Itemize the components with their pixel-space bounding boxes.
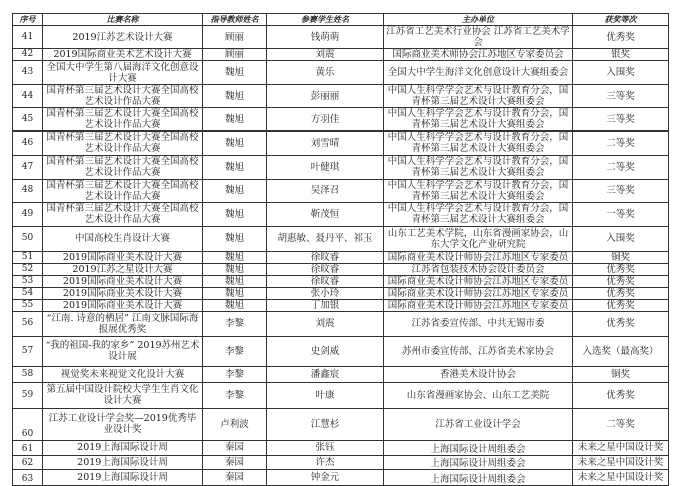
table-row: 58 视觉奖未来视觉文化设计大赛 李黎 潘鑫宸 香港美术设计协会 铜奖 — [13, 366, 669, 382]
cell-award: 未来之星中国设计奖 — [573, 455, 669, 469]
header-teacher: 指导教师姓名 — [203, 14, 267, 26]
table-row: 56 “江南. 诗意的栖居” 江南文脉国际海报展优秀奖 李黎 刘震 江苏省委宣传… — [13, 311, 669, 336]
cell-competition: 2019国际商业美术设计大赛 — [43, 299, 203, 311]
table-row: 54 2019国际商业美术设计大赛 魏旭 张小玲 国际商业美术设计师协会江苏地区… — [13, 287, 669, 299]
cell-teacher: 魏旭 — [203, 263, 267, 275]
cell-teacher: 魏旭 — [203, 85, 267, 108]
cell-organizer: 中国人生科学学会艺术与设计教育分会，国青杯第三届艺术设计大赛组委会 — [384, 202, 573, 226]
cell-students: 徐旼睿 — [267, 275, 384, 287]
cell-students: 吴泽召 — [267, 179, 384, 202]
cell-students: 刘震 — [267, 311, 384, 336]
cell-no: 57 — [13, 336, 43, 366]
awards-table: 序号 比赛名称 指导教师姓名 参赛学生姓名 主办单位 获奖等次 41 2019江… — [12, 13, 669, 486]
cell-no: 58 — [13, 366, 43, 382]
cell-teacher: 李黎 — [203, 336, 267, 366]
cell-organizer: 苏州市委宣传部、江苏省美术家协会 — [384, 336, 573, 366]
cell-competition: 国青杯第三届艺术设计大赛全国高校艺术设计作品大赛 — [43, 85, 203, 108]
cell-students: 叶康 — [267, 382, 384, 408]
cell-students: 史剑威 — [267, 336, 384, 366]
cell-students: 张小玲 — [267, 287, 384, 299]
table-row: 48 国青杯第三届艺术设计大赛全国高校艺术设计作品大赛 魏旭 吴泽召 中国人生科… — [13, 179, 669, 202]
table-row: 63 2019上海国际设计周 秦园 钟金元 上海国际设计周组委会 未来之星中国设… — [13, 469, 669, 485]
table-row: 51 2019国际商业美术设计大赛 魏旭 徐旼睿 国际商业美术设计师协会江苏地区… — [13, 251, 669, 263]
cell-award: 一等奖 — [573, 202, 669, 226]
cell-teacher: 魏旭 — [203, 61, 267, 85]
table-body: 41 2019江苏艺术设计大赛 顾丽 钱萌萌 江苏省工艺美术行业协会 江苏省工艺… — [13, 26, 669, 486]
cell-no: 59 — [13, 382, 43, 408]
cell-no: 62 — [13, 455, 43, 469]
cell-organizer: 国际商业美术设计师协会江苏地区专家委员 — [384, 299, 573, 311]
cell-teacher: 顾丽 — [203, 26, 267, 49]
cell-award: 优秀奖 — [573, 263, 669, 275]
cell-award: 未来之星中国设计奖 — [573, 469, 669, 485]
cell-award: 优秀奖 — [573, 311, 669, 336]
header-award: 获奖等次 — [573, 14, 669, 26]
cell-award: 三等奖 — [573, 85, 669, 108]
cell-award: 入围奖 — [573, 61, 669, 85]
cell-teacher: 魏旭 — [203, 226, 267, 251]
header-students: 参赛学生姓名 — [267, 14, 384, 26]
cell-students: 张钰 — [267, 440, 384, 455]
cell-students: 方羽佳 — [267, 108, 384, 132]
cell-teacher: 魏旭 — [203, 108, 267, 132]
table-row: 61 2019上海国际设计周 秦园 张钰 上海国际设计周组委会 未来之星中国设计… — [13, 440, 669, 455]
table-row: 49 国青杯第三届艺术设计大赛全国高校艺术设计作品大赛 魏旭 靳茂恒 中国人生科… — [13, 202, 669, 226]
cell-award: 铜奖 — [573, 251, 669, 263]
header-no: 序号 — [13, 14, 43, 26]
cell-no: 55 — [13, 299, 43, 311]
cell-no: 47 — [13, 155, 43, 179]
cell-students: 胡惠敏、聂丹平、祁玉 — [267, 226, 384, 251]
cell-no: 46 — [13, 131, 43, 155]
cell-no: 52 — [13, 263, 43, 275]
cell-award: 优秀奖 — [573, 287, 669, 299]
cell-competition: 2019国际商业美术设计大赛 — [43, 251, 203, 263]
cell-no: 44 — [13, 85, 43, 108]
table-row: 44 国青杯第三届艺术设计大赛全国高校艺术设计作品大赛 魏旭 彭丽丽 中国人生科… — [13, 85, 669, 108]
header-competition: 比赛名称 — [43, 14, 203, 26]
cell-competition: 视觉奖未来视觉文化设计大赛 — [43, 366, 203, 382]
cell-competition: 2019江苏艺术设计大赛 — [43, 26, 203, 49]
cell-students: 江慧杉 — [267, 408, 384, 440]
cell-students: 刘震 — [267, 49, 384, 61]
cell-award: 优秀奖 — [573, 26, 669, 49]
cell-award: 三等奖 — [573, 108, 669, 132]
cell-award: 未来之星中国设计奖 — [573, 440, 669, 455]
cell-award: 银奖 — [573, 49, 669, 61]
cell-organizer: 上海国际设计周组委会 — [384, 469, 573, 485]
table-header-row: 序号 比赛名称 指导教师姓名 参赛学生姓名 主办单位 获奖等次 — [13, 14, 669, 26]
cell-organizer: 国际商业美术师协会江苏地区专家委员会 — [384, 49, 573, 61]
cell-competition: 2019上海国际设计周 — [43, 455, 203, 469]
cell-no: 56 — [13, 311, 43, 336]
cell-no: 61 — [13, 440, 43, 455]
cell-competition: 2019上海国际设计周 — [43, 440, 203, 455]
cell-organizer: 中国人生科学学会艺术与设计教育分会，国青杯第三届艺术设计大赛组委会 — [384, 131, 573, 155]
cell-students: 刘雪晴 — [267, 131, 384, 155]
table-row: 62 2019上海国际设计周 秦园 许杰 上海国际设计周组委会 未来之星中国设计… — [13, 455, 669, 469]
cell-competition: 全国大中学生第八届海洋文化创意设计大赛 — [43, 61, 203, 85]
table-row: 43 全国大中学生第八届海洋文化创意设计大赛 魏旭 黄乐 全国大中学生海洋文化创… — [13, 61, 669, 85]
cell-competition: 2019国际商业美术艺术设计大赛 — [43, 49, 203, 61]
cell-teacher: 秦园 — [203, 440, 267, 455]
cell-no: 45 — [13, 108, 43, 132]
cell-students: 靳茂恒 — [267, 202, 384, 226]
table-row: 60 江苏工业设计学会奖—2019优秀毕业设计奖 卢利波 江慧杉 江苏省工业设计… — [13, 408, 669, 440]
cell-no: 49 — [13, 202, 43, 226]
cell-organizer: 江苏省工艺美术行业协会 江苏省工艺美术学会 — [384, 26, 573, 49]
cell-organizer: 江苏省包装技术协会设计委员会 — [384, 263, 573, 275]
cell-teacher: 魏旭 — [203, 299, 267, 311]
cell-teacher: 李黎 — [203, 311, 267, 336]
cell-students: 钟金元 — [267, 469, 384, 485]
cell-teacher: 魏旭 — [203, 251, 267, 263]
cell-organizer: 中国人生科学学会艺术与设计教育分会，国青杯第三届艺术设计大赛组委会 — [384, 179, 573, 202]
cell-students: 许杰 — [267, 455, 384, 469]
cell-organizer: 全国大中学生海洋文化创意设计大赛组委会 — [384, 61, 573, 85]
cell-competition: 国青杯第三届艺术设计大赛全国高校艺术设计作品大赛 — [43, 179, 203, 202]
cell-students: 叶健琪 — [267, 155, 384, 179]
cell-competition: 2019国际商业美术设计大赛 — [43, 275, 203, 287]
cell-no: 43 — [13, 61, 43, 85]
cell-award: 二等奖 — [573, 408, 669, 440]
cell-award: 优秀奖 — [573, 275, 669, 287]
cell-organizer: 香港美术设计协会 — [384, 366, 573, 382]
cell-competition: “我的祖国-我的家乡” 2019苏州艺术设计展 — [43, 336, 203, 366]
cell-organizer: 国际商业美术设计师协会江苏地区专家委员 — [384, 251, 573, 263]
cell-students: 彭丽丽 — [267, 85, 384, 108]
cell-no: 53 — [13, 275, 43, 287]
cell-competition: 2019江苏之星设计大赛 — [43, 263, 203, 275]
cell-award: 入围奖 — [573, 226, 669, 251]
cell-organizer: 中国人生科学学会艺术与设计教育分会，国青杯第三届艺术设计大赛组委会 — [384, 155, 573, 179]
cell-award: 二等奖 — [573, 155, 669, 179]
cell-teacher: 魏旭 — [203, 155, 267, 179]
cell-competition: 第五届中国设计院校大学生生肖文化设计大赛 — [43, 382, 203, 408]
cell-award: 优秀奖 — [573, 299, 669, 311]
cell-teacher: 魏旭 — [203, 287, 267, 299]
cell-teacher: 魏旭 — [203, 179, 267, 202]
table-row: 41 2019江苏艺术设计大赛 顾丽 钱萌萌 江苏省工艺美术行业协会 江苏省工艺… — [13, 26, 669, 49]
table-row: 50 中国高校生肖设计大赛 魏旭 胡惠敏、聂丹平、祁玉 山东工艺美术学院，山东省… — [13, 226, 669, 251]
cell-teacher: 魏旭 — [203, 131, 267, 155]
cell-teacher: 顾丽 — [203, 49, 267, 61]
cell-organizer: 山东省漫画家协会、山东工艺美院 — [384, 382, 573, 408]
cell-organizer: 中国人生科学学会艺术与设计教育分会，国青杯第三届艺术设计大赛组委会 — [384, 85, 573, 108]
cell-no: 63 — [13, 469, 43, 485]
table-row: 59 第五届中国设计院校大学生生肖文化设计大赛 李黎 叶康 山东省漫画家协会、山… — [13, 382, 669, 408]
cell-competition: 国青杯第三届艺术设计大赛全国高校艺术设计作品大赛 — [43, 202, 203, 226]
cell-organizer: 江苏省工业设计学会 — [384, 408, 573, 440]
cell-no: 42 — [13, 49, 43, 61]
cell-students: 潘鑫宸 — [267, 366, 384, 382]
table-row: 55 2019国际商业美术设计大赛 魏旭 丁加银 国际商业美术设计师协会江苏地区… — [13, 299, 669, 311]
cell-students: 徐旼睿 — [267, 251, 384, 263]
cell-teacher: 卢利波 — [203, 408, 267, 440]
table-row: 53 2019国际商业美术设计大赛 魏旭 徐旼睿 国际商业美术设计师协会江苏地区… — [13, 275, 669, 287]
cell-organizer: 中国人生科学学会艺术与设计教育分会，国青杯第三届艺术设计大赛组委会 — [384, 108, 573, 132]
cell-award: 铜奖 — [573, 366, 669, 382]
cell-teacher: 秦园 — [203, 469, 267, 485]
cell-competition: 2019上海国际设计周 — [43, 469, 203, 485]
cell-no: 60 — [13, 408, 43, 440]
cell-organizer: 国际商业美术设计师协会江苏地区专家委员 — [384, 287, 573, 299]
table-row: 57 “我的祖国-我的家乡” 2019苏州艺术设计展 李黎 史剑威 苏州市委宣传… — [13, 336, 669, 366]
cell-award: 二等奖 — [573, 131, 669, 155]
table-row: 52 2019江苏之星设计大赛 魏旭 徐旼睿 江苏省包装技术协会设计委员会 优秀… — [13, 263, 669, 275]
cell-organizer: 上海国际设计周组委会 — [384, 455, 573, 469]
cell-students: 徐旼睿 — [267, 263, 384, 275]
table-row: 46 国青杯第三届艺术设计大赛全国高校艺术设计作品大赛 魏旭 刘雪晴 中国人生科… — [13, 131, 669, 155]
cell-award: 三等奖 — [573, 179, 669, 202]
cell-competition: 江苏工业设计学会奖—2019优秀毕业设计奖 — [43, 408, 203, 440]
cell-competition: “江南. 诗意的栖居” 江南文脉国际海报展优秀奖 — [43, 311, 203, 336]
cell-competition: 国青杯第三届艺术设计大赛全国高校艺术设计作品大赛 — [43, 131, 203, 155]
cell-organizer: 山东工艺美术学院，山东省漫画家协会，山东大学文化产业研究院 — [384, 226, 573, 251]
cell-organizer: 国际商业美术设计师协会江苏地区专家委员 — [384, 275, 573, 287]
cell-teacher: 魏旭 — [203, 202, 267, 226]
cell-teacher: 秦园 — [203, 455, 267, 469]
cell-students: 钱萌萌 — [267, 26, 384, 49]
cell-teacher: 魏旭 — [203, 275, 267, 287]
cell-no: 50 — [13, 226, 43, 251]
table-row: 45 国青杯第三届艺术设计大赛全国高校艺术设计作品大赛 魏旭 方羽佳 中国人生科… — [13, 108, 669, 132]
cell-organizer: 江苏省委宣传部、中共无锡市委 — [384, 311, 573, 336]
table-row: 42 2019国际商业美术艺术设计大赛 顾丽 刘震 国际商业美术师协会江苏地区专… — [13, 49, 669, 61]
cell-teacher: 李黎 — [203, 366, 267, 382]
cell-no: 41 — [13, 26, 43, 49]
cell-no: 51 — [13, 251, 43, 263]
cell-competition: 国青杯第三届艺术设计大赛全国高校艺术设计作品大赛 — [43, 155, 203, 179]
cell-competition: 国青杯第三届艺术设计大赛全国高校艺术设计作品大赛 — [43, 108, 203, 132]
cell-teacher: 李黎 — [203, 382, 267, 408]
header-organizer: 主办单位 — [384, 14, 573, 26]
cell-students: 黄乐 — [267, 61, 384, 85]
cell-award: 入选奖（最高奖） — [573, 336, 669, 366]
cell-award: 优秀奖 — [573, 382, 669, 408]
table-row: 47 国青杯第三届艺术设计大赛全国高校艺术设计作品大赛 魏旭 叶健琪 中国人生科… — [13, 155, 669, 179]
cell-no: 48 — [13, 179, 43, 202]
cell-organizer: 上海国际设计周组委会 — [384, 440, 573, 455]
cell-competition: 中国高校生肖设计大赛 — [43, 226, 203, 251]
cell-no: 54 — [13, 287, 43, 299]
cell-students: 丁加银 — [267, 299, 384, 311]
cell-competition: 2019国际商业美术设计大赛 — [43, 287, 203, 299]
